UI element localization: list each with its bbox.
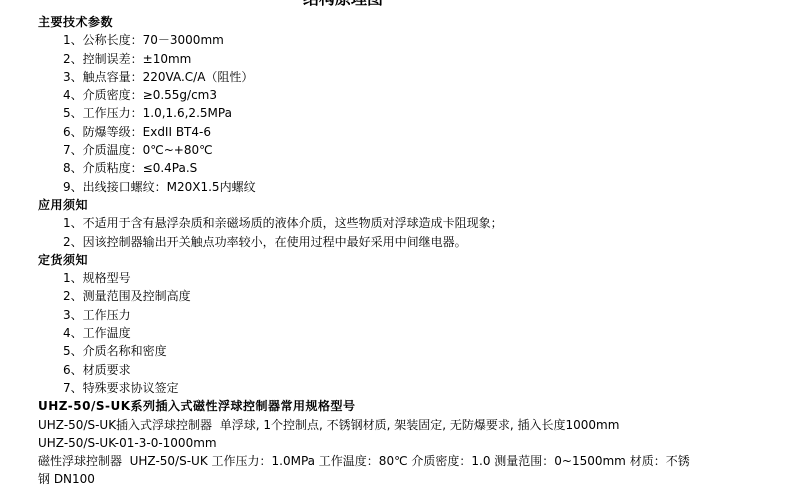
tech-param-item: 5、工作压力：1.0,1.6,2.5MPa bbox=[38, 104, 795, 122]
model-example-line-2: 钢 DN100 bbox=[38, 470, 795, 488]
ordering-note-item: 5、介质名称和密度 bbox=[38, 342, 795, 360]
section-title-model-codes: UHZ-50/S-UK系列插入式磁性浮球控制器常用规格型号 bbox=[38, 397, 795, 415]
tech-param-item: 4、介质密度：≥0.55g/cm3 bbox=[38, 86, 795, 104]
application-note-item: 2、因该控制器输出开关触点功率较小，在使用过程中最好采用中间继电器。 bbox=[38, 233, 795, 251]
section-title-ordering-notes: 定货须知 bbox=[38, 251, 795, 269]
model-example-line-1: 磁性浮球控制器 UHZ-50/S-UK 工作压力：1.0MPa 工作温度：80℃… bbox=[38, 452, 795, 470]
tech-param-item: 6、防爆等级：ExdII BT4-6 bbox=[38, 123, 795, 141]
clipped-figure-caption: 结构原理图 bbox=[303, 0, 383, 8]
ordering-note-item: 4、工作温度 bbox=[38, 324, 795, 342]
model-description-line: UHZ-50/S-UK插入式浮球控制器 单浮球, 1个控制点, 不锈钢材质, 架… bbox=[38, 416, 795, 434]
product-spec-page: 结构原理图 主要技术参数 1、公称长度：70－3000mm 2、控制误差：±10… bbox=[0, 0, 795, 496]
tech-param-item: 8、介质粘度：≤0.4Pa.S bbox=[38, 159, 795, 177]
ordering-note-item: 1、规格型号 bbox=[38, 269, 795, 287]
ordering-note-item: 7、特殊要求协议签定 bbox=[38, 379, 795, 397]
tech-param-item: 1、公称长度：70－3000mm bbox=[38, 31, 795, 49]
page-content: 主要技术参数 1、公称长度：70－3000mm 2、控制误差：±10mm 3、触… bbox=[0, 0, 795, 489]
ordering-note-item: 2、测量范围及控制高度 bbox=[38, 287, 795, 305]
application-note-item: 1、不适用于含有悬浮杂质和亲磁场质的液体介质，这些物质对浮球造成卡阻现象； bbox=[38, 214, 795, 232]
figure-caption-text: 结构原理图 bbox=[303, 0, 383, 8]
tech-param-item: 3、触点容量：220VA.C/A（阻性） bbox=[38, 68, 795, 86]
ordering-note-item: 3、工作压力 bbox=[38, 306, 795, 324]
ordering-note-item: 6、材质要求 bbox=[38, 361, 795, 379]
model-code-line: UHZ-50/S-UK-01-3-0-1000mm bbox=[38, 434, 795, 452]
section-title-tech-params: 主要技术参数 bbox=[38, 13, 795, 31]
tech-param-item: 9、出线接口螺纹：M20X1.5内螺纹 bbox=[38, 178, 795, 196]
tech-param-item: 2、控制误差：±10mm bbox=[38, 50, 795, 68]
tech-param-item: 7、介质温度：0℃~+80℃ bbox=[38, 141, 795, 159]
section-title-application-notes: 应用须知 bbox=[38, 196, 795, 214]
